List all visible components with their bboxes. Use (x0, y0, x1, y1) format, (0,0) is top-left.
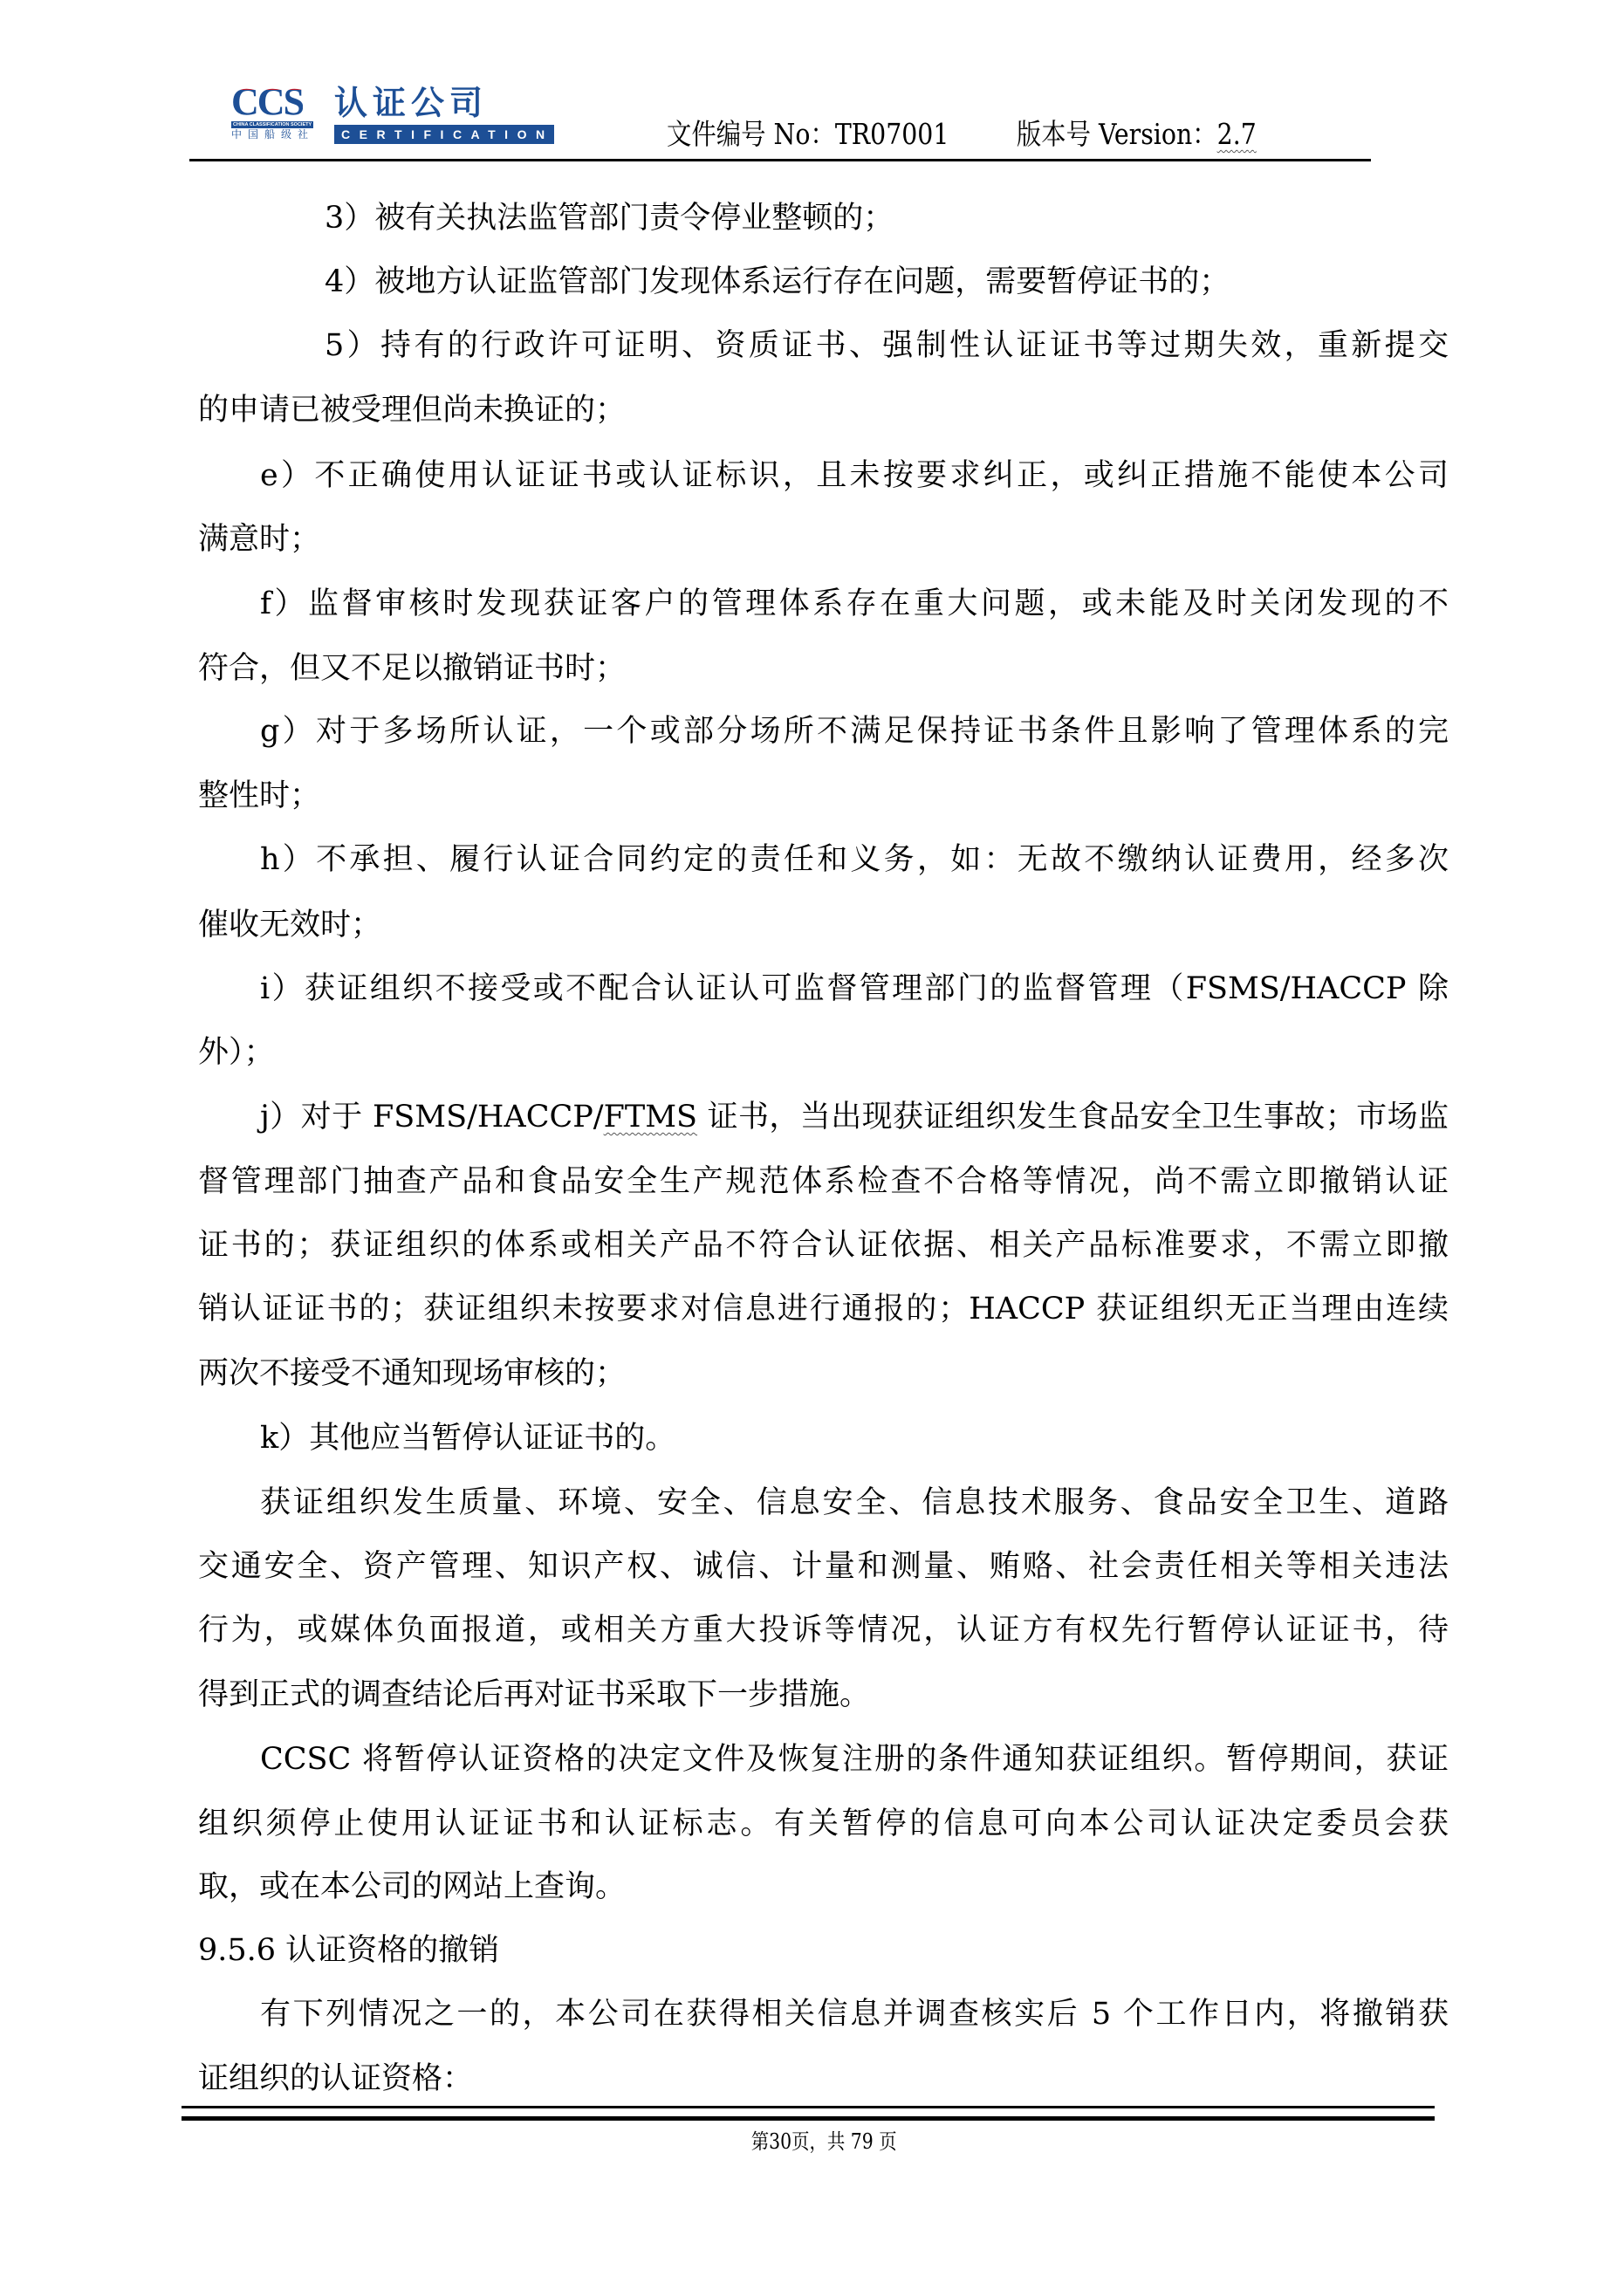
footer-divider-thick (182, 2116, 1435, 2121)
doc-number-label: 文件编号 No： (667, 117, 835, 151)
list-item-i-cont: 外）； (198, 1033, 1449, 1072)
ccs-letters: CCS (231, 85, 303, 120)
list-item-f-cont: 符合，但又不足以撤销证书时； (198, 649, 1449, 688)
list-item-g-cont: 整性时； (198, 777, 1449, 815)
list-item-h: h）不承担、履行认证合同约定的责任和义务，如：无故不缴纳认证费用，经多次 (260, 840, 1449, 879)
paragraph-violations: 获证组织发生质量、环境、安全、信息安全、信息技术服务、食品安全卫生、道路 (260, 1484, 1449, 1522)
version-label: 版本号 Version： (1017, 117, 1217, 151)
paragraph-revocation-cont: 证组织的认证资格： (198, 2060, 1449, 2098)
header-divider (189, 159, 1371, 161)
list-item-j: j）对于 FSMS/HACCP/FTMS 证书，当出现获证组织发生食品安全卫生事… (260, 1098, 1449, 1136)
paragraph-ccsc-cont-2: 取，或在本公司的网站上查询。 (198, 1868, 1449, 1906)
paragraph-violations-cont-1: 交通安全、资产管理、知识产权、诚信、计量和测量、贿赂、社会责任相关等相关违法 (198, 1547, 1449, 1586)
paragraph-violations-cont-3: 得到正式的调查结论后再对证书采取下一步措施。 (198, 1676, 1449, 1714)
document-meta: 文件编号 No：TR07001版本号 Version：2.7 (667, 117, 1257, 152)
page-number: 第30页，共 79 页 (0, 2128, 1624, 2156)
ftms-spellcheck-mark: FTMS (604, 1100, 697, 1135)
list-item-g: g）对于多场所认证，一个或部分场所不满足保持证书条件且影响了管理体系的完 (260, 712, 1449, 751)
certification-banner: CERTIFICATION (334, 125, 554, 144)
list-item-f: f）监督审核时发现获证客户的管理体系存在重大问题，或未能及时关闭发现的不 (260, 585, 1449, 623)
version-value: 2.7 (1217, 117, 1257, 151)
list-item-j-cont-1: 督管理部门抽查产品和食品安全生产规范体系检查不合格等情况，尚不需立即撤销认证 (198, 1162, 1449, 1201)
company-wordmark: 认证公司 CERTIFICATION (334, 85, 554, 144)
section-heading-9-5-6: 9.5.6 认证资格的撤销 (198, 1931, 1449, 1970)
list-item-5: 5）持有的行政许可证明、资质证书、强制性认证证书等过期失效，重新提交 (325, 326, 1449, 365)
list-item-k: k）其他应当暂停认证证书的。 (260, 1419, 1449, 1457)
footer-divider-thin (182, 2106, 1435, 2108)
list-item-3: 3）被有关执法监管部门责令停业整顿的； (325, 199, 1449, 237)
company-cn-name: 认证公司 (334, 85, 554, 121)
paragraph-ccsc: CCSC 将暂停认证资格的决定文件及恢复注册的条件通知获证组织。暂停期间，获证 (260, 1740, 1449, 1779)
document-page: CCS CHINA CLASSIFICATION SOCIETY 中国船级社 认… (0, 0, 1624, 2276)
list-item-5-cont: 的申请已被受理但尚未换证的； (198, 391, 1449, 429)
paragraph-revocation: 有下列情况之一的，本公司在获得相关信息并调查核实后 5 个工作日内，将撤销获 (260, 1995, 1449, 2033)
list-item-e: e）不正确使用认证证书或认证标识，且未按要求纠正，或纠正措施不能使本公司 (260, 456, 1449, 495)
list-item-4: 4）被地方认证监管部门发现体系运行存在问题，需要暂停证书的； (325, 263, 1449, 301)
society-cn-label: 中国船级社 (231, 128, 314, 141)
doc-number-value: TR07001 (835, 117, 949, 151)
paragraph-ccsc-cont-1: 组织须停止使用认证证书和认证标志。有关暂停的信息可向本公司认证决定委员会获 (198, 1805, 1449, 1843)
paragraph-violations-cont-2: 行为，或媒体负面报道，或相关方重大投诉等情况，认证方有权先行暂停认证证书，待 (198, 1611, 1449, 1649)
list-item-e-cont: 满意时； (198, 520, 1449, 559)
list-item-j-cont-3: 销认证证书的；获证组织未按要求对信息进行通报的；HACCP 获证组织无正当理由连… (198, 1290, 1449, 1328)
list-item-i: i）获证组织不接受或不配合认证认可监督管理部门的监督管理（FSMS/HACCP … (260, 970, 1449, 1008)
list-item-j-cont-4: 两次不接受不通知现场审核的； (198, 1354, 1449, 1393)
list-item-h-cont: 催收无效时； (198, 906, 1449, 944)
ccs-certification-logo: CCS CHINA CLASSIFICATION SOCIETY 中国船级社 认… (231, 85, 554, 144)
ccs-logo-mark: CCS CHINA CLASSIFICATION SOCIETY 中国船级社 (231, 85, 325, 144)
list-item-j-cont-2: 证书的；获证组织的体系或相关产品不符合认证依据、相关产品标准要求，不需立即撤 (198, 1226, 1449, 1265)
